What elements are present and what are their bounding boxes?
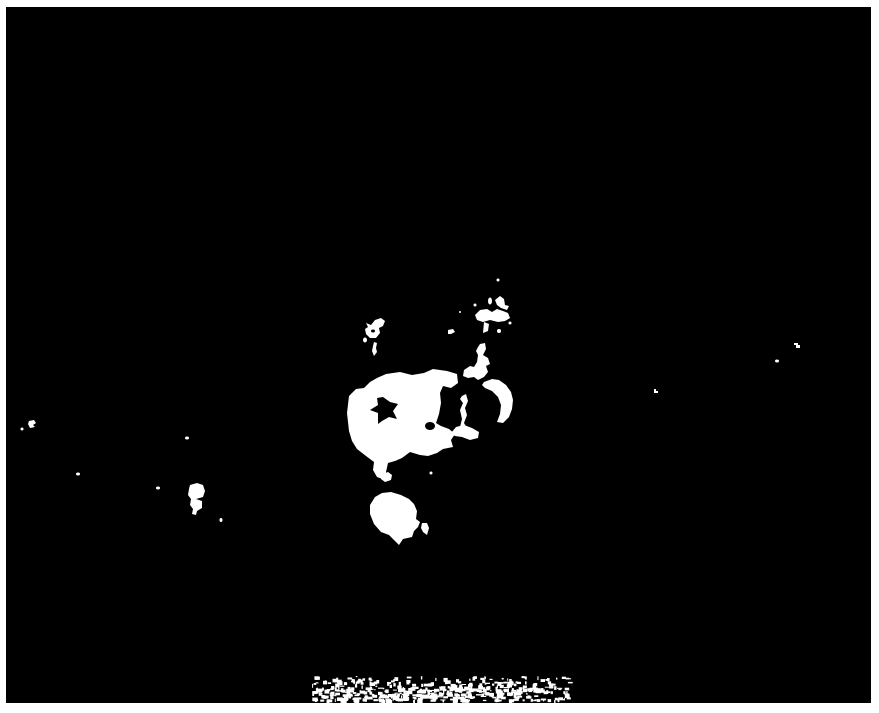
- noise-speck: [421, 676, 422, 679]
- noise-speck: [365, 699, 367, 702]
- noise-speck: [379, 697, 384, 699]
- noise-speck: [503, 682, 507, 684]
- noise-speck: [523, 686, 527, 689]
- noise-speck: [482, 679, 485, 683]
- noise-speck: [375, 686, 377, 687]
- noise-speck: [492, 697, 496, 699]
- noise-speck: [447, 691, 449, 693]
- noise-speck: [541, 679, 545, 682]
- noise-speck: [479, 683, 482, 685]
- noise-speck: [447, 695, 453, 697]
- noise-speck: [486, 683, 490, 684]
- noise-speck: [329, 699, 332, 702]
- noise-speck: [478, 688, 484, 689]
- right-speck-dot: [775, 360, 779, 363]
- noise-speck: [462, 684, 467, 685]
- noise-speck: [439, 692, 442, 694]
- noise-speck: [334, 695, 336, 696]
- noise-speck: [548, 681, 551, 684]
- noise-speck: [406, 680, 410, 683]
- noise-speck: [465, 688, 467, 691]
- noise-speck: [349, 697, 352, 698]
- cluster-dot-left: [474, 304, 477, 307]
- noise-speck: [327, 689, 330, 691]
- noise-speck: [412, 684, 416, 687]
- image-frame: [6, 7, 871, 703]
- noise-speck: [551, 691, 553, 694]
- noise-speck: [498, 683, 501, 685]
- noise-speck: [312, 694, 314, 696]
- noise-speck: [508, 693, 510, 696]
- noise-speck: [378, 698, 381, 701]
- noise-speck: [395, 677, 396, 681]
- noise-speck: [402, 694, 408, 696]
- noise-speck: [516, 689, 519, 693]
- noise-speck: [456, 695, 461, 697]
- noise-speck: [529, 689, 533, 691]
- noise-speck: [435, 678, 436, 681]
- noise-speck: [568, 682, 573, 684]
- noise-speck: [507, 678, 508, 680]
- noise-speck: [315, 700, 317, 702]
- noise-speck: [527, 695, 530, 698]
- noise-speck: [429, 693, 432, 694]
- noise-speck: [384, 691, 387, 693]
- noise-speck: [533, 700, 536, 701]
- noise-speck: [473, 677, 476, 681]
- noise-speck: [412, 688, 416, 689]
- noise-speck: [344, 682, 347, 685]
- noise-speck: [479, 691, 482, 692]
- noise-speck: [533, 683, 537, 686]
- noise-speck: [325, 680, 327, 683]
- noise-speck: [481, 696, 487, 697]
- noise-speck: [373, 699, 378, 701]
- noise-speck: [416, 695, 419, 697]
- noise-speck: [351, 687, 354, 690]
- noise-speck: [421, 684, 423, 687]
- noise-speck: [473, 688, 476, 691]
- noise-speck: [500, 685, 504, 688]
- noise-speck: [487, 686, 490, 690]
- noise-speck: [359, 680, 363, 683]
- noise-speck: [366, 687, 372, 690]
- noise-speck: [370, 684, 372, 686]
- noise-speck: [403, 698, 409, 701]
- noise-speck: [378, 688, 383, 689]
- cluster-dot-far-left: [459, 311, 461, 313]
- noise-speck: [346, 689, 351, 692]
- noise-speck: [424, 684, 429, 687]
- noise-speck: [374, 682, 377, 685]
- noise-speck: [403, 688, 405, 691]
- noise-speck: [525, 676, 527, 679]
- noise-speck: [487, 692, 489, 695]
- noise-speck: [562, 677, 566, 679]
- noise-speck: [450, 699, 455, 701]
- noise-speck: [526, 693, 527, 695]
- noise-speck: [434, 690, 439, 692]
- noise-speck: [539, 689, 545, 692]
- noise-speck: [534, 695, 538, 697]
- noise-speck: [511, 692, 517, 694]
- noise-speck: [338, 687, 339, 690]
- binarized-micrograph-page: [0, 0, 879, 713]
- noise-speck: [537, 699, 541, 702]
- noise-speck: [556, 678, 557, 680]
- noise-speck: [509, 679, 512, 682]
- noise-speck: [357, 693, 361, 695]
- noise-speck: [319, 690, 321, 692]
- noise-speck: [472, 696, 475, 698]
- noise-speck: [537, 676, 538, 680]
- left-dot-c: [185, 437, 189, 440]
- upper-speck-left: [363, 338, 367, 343]
- noise-speck: [337, 697, 343, 701]
- noise-speck: [496, 690, 501, 693]
- noise-speck: [347, 694, 352, 697]
- noise-speck: [511, 690, 516, 692]
- noise-speck: [440, 687, 443, 690]
- noise-speck: [367, 698, 373, 700]
- noise-speck: [356, 676, 358, 677]
- noise-speck: [335, 687, 337, 689]
- noise-speck: [429, 683, 434, 685]
- noise-speck: [490, 679, 493, 680]
- noise-speck: [469, 679, 470, 681]
- noise-speck: [330, 688, 334, 690]
- noise-speck: [541, 699, 546, 701]
- noise-speck: [399, 693, 401, 695]
- noise-speck: [566, 678, 570, 680]
- noise-speck: [435, 696, 439, 697]
- noise-speck: [336, 690, 341, 692]
- noise-speck: [321, 695, 325, 698]
- noise-speck: [547, 692, 549, 694]
- noise-speck: [386, 700, 392, 703]
- noise-speck: [415, 687, 418, 689]
- noise-speck: [401, 696, 402, 699]
- left-dot-b: [156, 487, 160, 490]
- noise-speck: [407, 677, 412, 679]
- noise-speck: [448, 686, 450, 689]
- noise-speck: [483, 687, 486, 689]
- noise-speck: [353, 699, 358, 700]
- noise-speck: [483, 700, 487, 701]
- noise-speck: [450, 687, 455, 689]
- noise-speck: [351, 681, 354, 682]
- left-dot-a: [76, 473, 80, 476]
- noise-speck: [399, 682, 401, 686]
- noise-speck: [507, 684, 511, 687]
- noise-speck: [396, 698, 398, 702]
- noise-speck: [419, 690, 421, 692]
- noise-speck: [340, 686, 345, 687]
- noise-speck: [374, 689, 375, 690]
- noise-speck: [502, 678, 504, 680]
- noise-speck: [396, 694, 400, 695]
- noise-speck: [390, 695, 395, 697]
- noise-speck: [462, 698, 466, 702]
- noise-speck: [478, 685, 482, 689]
- noise-speck: [497, 696, 503, 698]
- noise-speck: [393, 698, 394, 700]
- noise-speck: [328, 682, 331, 684]
- noise-speck: [554, 700, 555, 704]
- noise-speck: [444, 678, 448, 682]
- noise-speck: [564, 693, 569, 695]
- noise-speck: [330, 695, 332, 699]
- noise-speck: [355, 685, 357, 688]
- far-left-dot: [21, 428, 24, 431]
- noise-speck: [458, 681, 461, 683]
- noise-speck: [393, 683, 395, 686]
- noise-speck: [548, 699, 552, 702]
- binarized-micrograph-image: [0, 0, 879, 713]
- noise-speck: [456, 690, 460, 693]
- noise-speck: [314, 676, 319, 680]
- noise-speck: [395, 693, 399, 694]
- noise-speck: [393, 690, 397, 691]
- noise-speck: [492, 684, 494, 686]
- noise-speck: [390, 685, 392, 688]
- noise-speck: [565, 688, 570, 691]
- noise-speck: [558, 698, 560, 702]
- noise-speck: [531, 699, 533, 702]
- noise-speck: [335, 699, 336, 702]
- noise-speck: [413, 700, 415, 704]
- noise-speck: [417, 700, 422, 704]
- noise-speck: [415, 697, 417, 699]
- noise-speck: [519, 687, 523, 689]
- noise-speck: [467, 687, 472, 689]
- noise-speck: [364, 697, 369, 698]
- noise-speck: [334, 680, 337, 683]
- noise-speck: [522, 676, 525, 678]
- noise-speck: [362, 686, 363, 689]
- noise-speck: [344, 695, 347, 697]
- noise-speck: [387, 682, 391, 684]
- noise-speck: [348, 695, 350, 697]
- noise-speck: [361, 691, 365, 693]
- noise-speck: [432, 698, 436, 701]
- cluster-dot-top: [497, 279, 500, 282]
- noise-speck: [422, 690, 427, 693]
- noise-speck: [420, 695, 424, 698]
- noise-speck: [558, 689, 561, 690]
- noise-speck: [494, 699, 500, 701]
- noise-speck: [381, 700, 385, 704]
- noise-speck: [511, 682, 514, 686]
- noise-speck: [332, 693, 335, 696]
- noise-speck: [342, 698, 346, 700]
- noise-speck: [490, 690, 491, 691]
- noise-speck: [497, 685, 498, 688]
- upper-left-blob-hole: [371, 330, 375, 333]
- left-blob-tail-speck: [220, 518, 223, 522]
- noise-speck: [554, 686, 556, 690]
- noise-speck: [348, 678, 353, 680]
- noise-speck: [339, 681, 343, 685]
- noise-speck: [443, 689, 447, 691]
- noise-speck: [424, 695, 430, 698]
- noise-speck: [516, 681, 519, 683]
- cluster-vertical-speck: [488, 298, 492, 305]
- noise-speck: [489, 693, 494, 697]
- noise-speck: [443, 700, 445, 703]
- noise-speck: [322, 688, 324, 691]
- noise-speck: [564, 698, 565, 701]
- noise-speck: [547, 678, 550, 681]
- noise-speck: [533, 688, 538, 690]
- noise-speck: [468, 694, 472, 698]
- noise-speck: [568, 697, 570, 699]
- noise-speck: [370, 679, 373, 681]
- noise-speck: [316, 682, 319, 683]
- above-oval-dot: [430, 472, 433, 475]
- noise-speck: [428, 690, 432, 692]
- noise-speck: [504, 687, 510, 688]
- noise-speck: [462, 689, 465, 692]
- noise-speck: [530, 688, 534, 689]
- noise-speck: [356, 682, 357, 685]
- noise-speck: [406, 691, 408, 693]
- noise-speck: [499, 694, 504, 696]
- noise-speck: [312, 684, 313, 688]
- noise-speck: [313, 691, 319, 694]
- noise-speck: [525, 681, 527, 684]
- noise-speck: [412, 694, 416, 696]
- cluster-dot-right: [509, 322, 512, 325]
- noise-speck: [552, 684, 556, 686]
- cluster-dot-bottom: [497, 329, 501, 333]
- noise-speck: [557, 688, 562, 689]
- noise-speck: [396, 677, 398, 681]
- noise-speck: [476, 694, 481, 695]
- noise-speck: [321, 700, 324, 701]
- noise-speck: [501, 682, 503, 684]
- noise-speck: [494, 682, 498, 684]
- noise-speck: [504, 689, 509, 692]
- noise-speck: [362, 678, 365, 680]
- noise-speck: [514, 684, 516, 687]
- noise-speck: [321, 693, 323, 694]
- noise-speck: [378, 692, 382, 695]
- noise-speck: [510, 699, 514, 702]
- noise-speck: [523, 699, 525, 701]
- noise-speck: [391, 680, 395, 682]
- noise-speck: [372, 694, 374, 697]
- noise-speck: [484, 676, 486, 679]
- main-particle-round-hole: [425, 422, 435, 430]
- noise-speck: [545, 687, 549, 688]
- noise-speck: [555, 698, 558, 701]
- noise-speck: [385, 695, 387, 697]
- noise-speck: [365, 696, 366, 698]
- noise-speck: [525, 690, 526, 692]
- noise-speck: [515, 696, 520, 698]
- noise-speck: [523, 689, 527, 692]
- noise-speck: [369, 692, 372, 694]
